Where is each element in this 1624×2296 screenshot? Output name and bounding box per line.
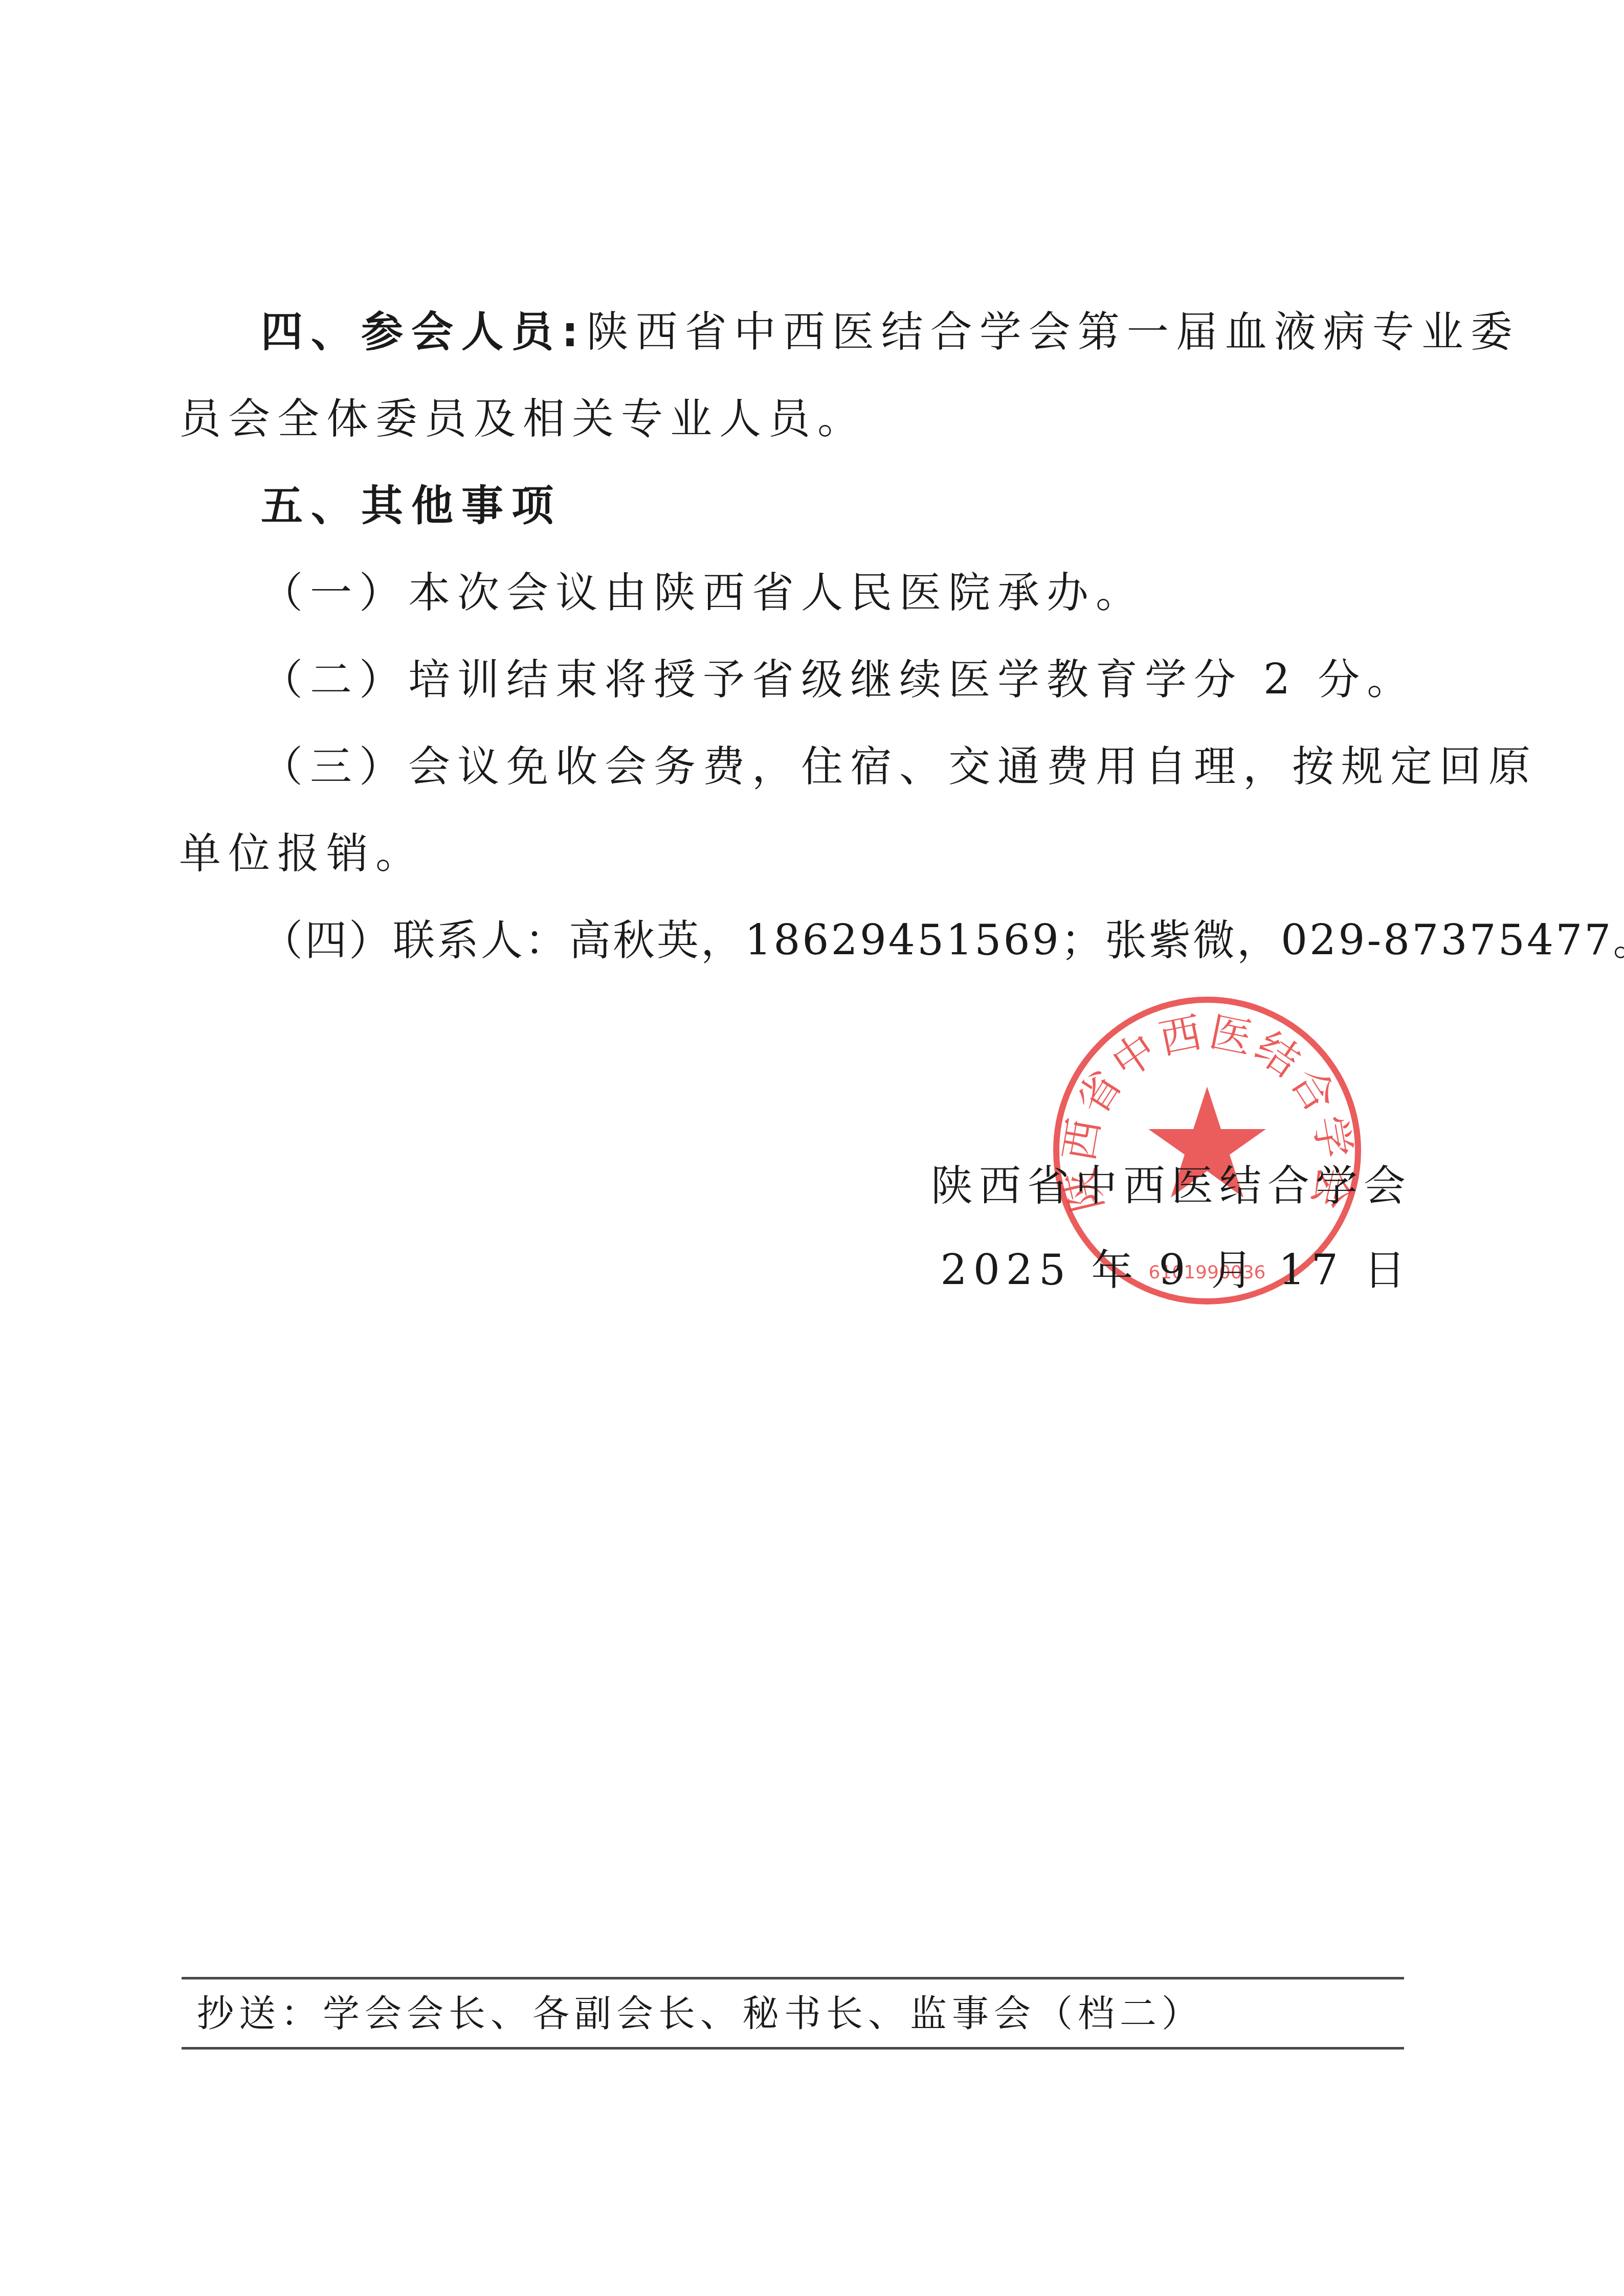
cc-distribution: 抄送：学会会长、各副会长、秘书长、监事会（档二） xyxy=(197,1990,1204,2036)
footer-rule-top xyxy=(182,1977,1404,1979)
signature-organization: 陕西省中西医结合学会 xyxy=(931,1161,1412,1212)
item2: （二）培训结束将授予省级继续医学教育学分 2 分。 xyxy=(261,655,1416,706)
item3-line2: 单位报销。 xyxy=(179,828,425,880)
signature-date: 2025 年 9 月 17 日 xyxy=(940,1245,1412,1296)
section4-heading: 四、参会人员: xyxy=(261,308,587,356)
section4-line2: 员会全体委员及相关专业人员。 xyxy=(179,394,866,445)
footer-rule-bottom xyxy=(182,2047,1404,2050)
item4-contacts: （四）联系人：高秋英，18629451569；张紫微，029-87375477。 xyxy=(261,915,1624,966)
section4-line1: 四、参会人员:陕西省中西医结合学会第一届血液病专业委 xyxy=(261,307,1520,358)
section4-text: 陕西省中西医结合学会第一届血液病专业委 xyxy=(587,308,1520,356)
section5-heading: 五、其他事项 xyxy=(261,481,562,532)
item1: （一）本次会议由陕西省人民医院承办。 xyxy=(261,568,1145,619)
item3-line1: （三）会议免收会务费，住宿、交通费用自理，按规定回原 xyxy=(261,741,1538,793)
